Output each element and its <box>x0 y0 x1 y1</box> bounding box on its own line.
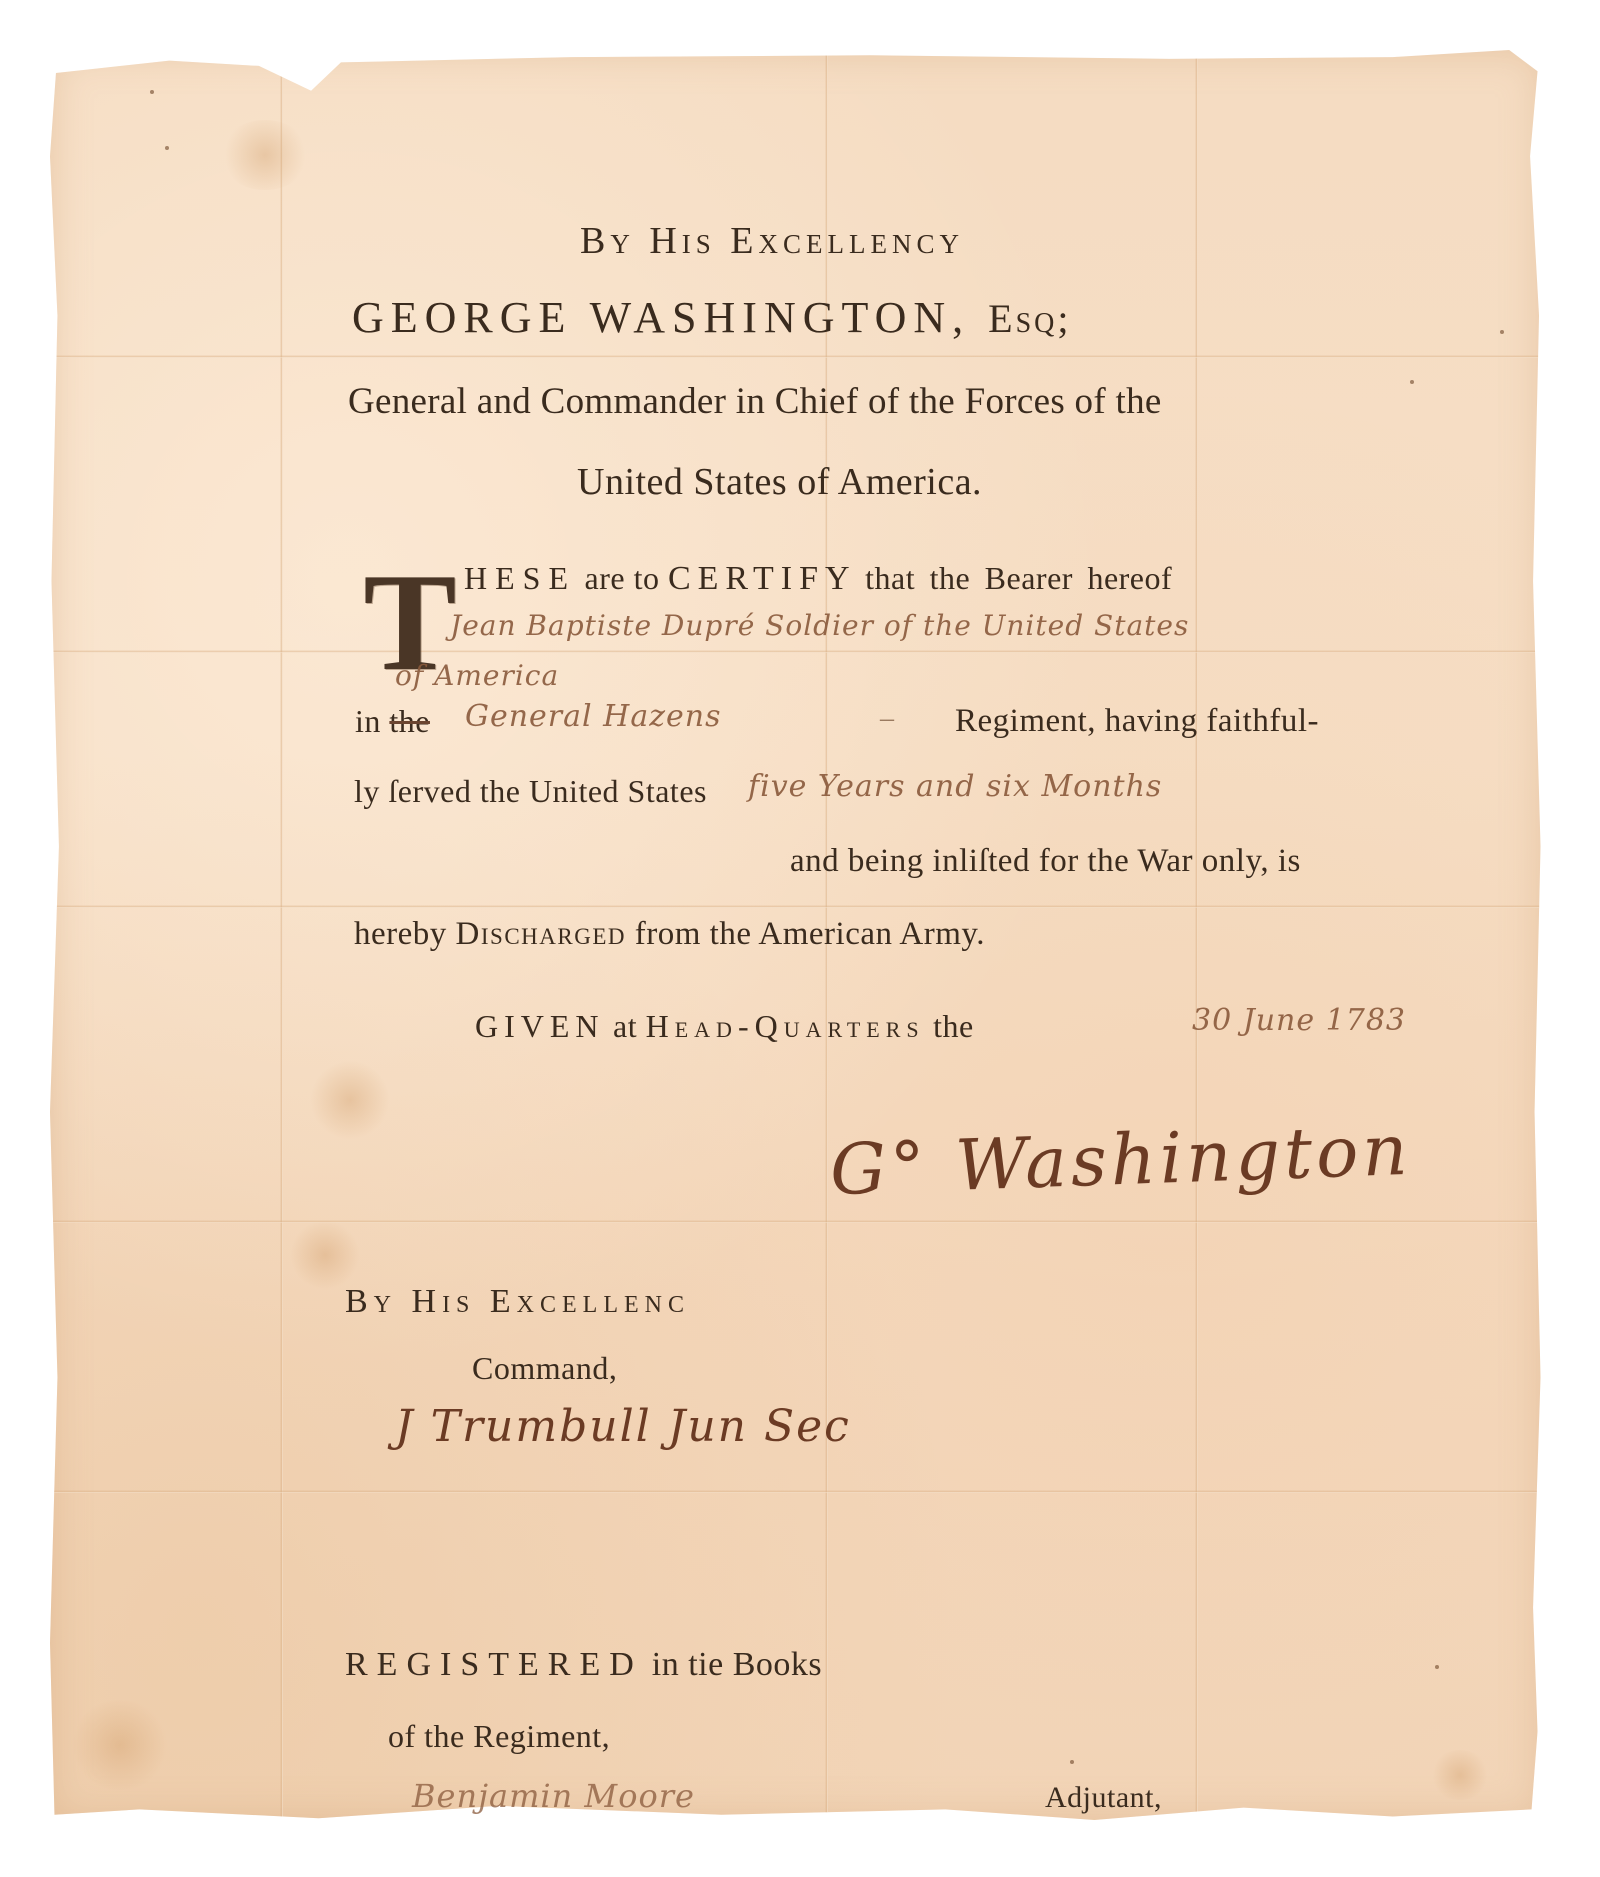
certify-line: HESE are to CERTIFY that the Bearer here… <box>464 562 1172 596</box>
stain <box>310 1060 390 1140</box>
speck <box>150 90 154 94</box>
certify-certify: CERTIFY <box>668 560 857 597</box>
served-duration-handwritten: five Years and six Months <box>748 772 1162 802</box>
discharged-suffix: from the American Army. <box>635 916 985 952</box>
header-name-line: GEORGE WASHINGTON, Esq; <box>352 296 1072 340</box>
certify-bearer-hereof: that the Bearer hereof <box>865 560 1172 596</box>
speck <box>1500 330 1504 334</box>
header-esq: Esq; <box>988 296 1071 341</box>
regiment-in: in <box>355 703 381 739</box>
served-prefix: ly ſerved the United States <box>354 775 707 807</box>
fold-line <box>280 50 283 1820</box>
given-at: at <box>613 1008 637 1044</box>
command-by-his-excellenc: By His Excellenc <box>345 1285 690 1319</box>
header-by-his-excellency: By His Excellency <box>580 222 964 260</box>
stain <box>220 120 310 190</box>
fold-line <box>1195 50 1198 1820</box>
fold-line <box>50 905 1542 908</box>
header-general-commander: General and Commander in Chief of the Fo… <box>348 383 1162 420</box>
given-date-handwritten: 30 June 1783 <box>1192 1006 1406 1036</box>
adjutant-label: Adjutant, <box>1045 1783 1162 1813</box>
given-line: GIVEN at Head-Quarters the <box>475 1010 974 1042</box>
discharged-line: hereby Discharged from the American Army… <box>354 918 985 951</box>
header-george-washington: GEORGE WASHINGTON, <box>352 293 970 342</box>
stain <box>70 1700 170 1790</box>
discharged-hereby: hereby <box>354 916 447 952</box>
trumbull-signature: J Trumbull Jun Sec <box>395 1405 851 1449</box>
stain <box>290 1220 360 1290</box>
speck <box>1435 1665 1439 1669</box>
speck <box>1410 380 1414 384</box>
given-head-quarters: Head-Quarters <box>646 1008 925 1044</box>
registered-of-regiment: of the Regiment, <box>388 1720 610 1752</box>
regiment-dash: – <box>880 705 895 733</box>
washington-signature: G° Washington <box>829 1115 1413 1205</box>
fold-line <box>50 1220 1542 1223</box>
regiment-suffix: Regiment, having faithful- <box>955 705 1319 738</box>
speck <box>165 146 169 150</box>
regiment-prefix-group: in the <box>355 705 430 737</box>
bearer-name-handwritten-cont: of America <box>395 662 559 690</box>
fold-line <box>50 1490 1542 1493</box>
adjutant-signature: Benjamin Moore <box>412 1780 695 1812</box>
header-united-states: United States of America. <box>577 463 982 501</box>
registered-books: in tie Books <box>652 1646 822 1683</box>
registered-line: REGISTERED in tie Books <box>345 1648 822 1682</box>
command-command: Command, <box>472 1352 617 1384</box>
enlisted-line: and being inliſted for the War only, is <box>790 845 1301 878</box>
fold-line <box>50 355 1542 358</box>
registered-word: REGISTERED <box>345 1646 643 1683</box>
regiment-struck-the: the <box>389 703 430 739</box>
certify-are-to: are to <box>585 560 660 596</box>
discharged-word: Discharged <box>456 916 626 952</box>
bearer-name-handwritten: Jean Baptiste Dupré Soldier of the Unite… <box>450 612 1189 640</box>
regiment-handwritten: General Hazens <box>465 702 721 732</box>
given-the: the <box>933 1008 974 1044</box>
certify-these: HESE <box>464 560 576 596</box>
stain <box>1430 1750 1490 1800</box>
given-word: GIVEN <box>475 1008 605 1044</box>
fold-line <box>50 650 1542 653</box>
speck <box>1070 1760 1074 1764</box>
